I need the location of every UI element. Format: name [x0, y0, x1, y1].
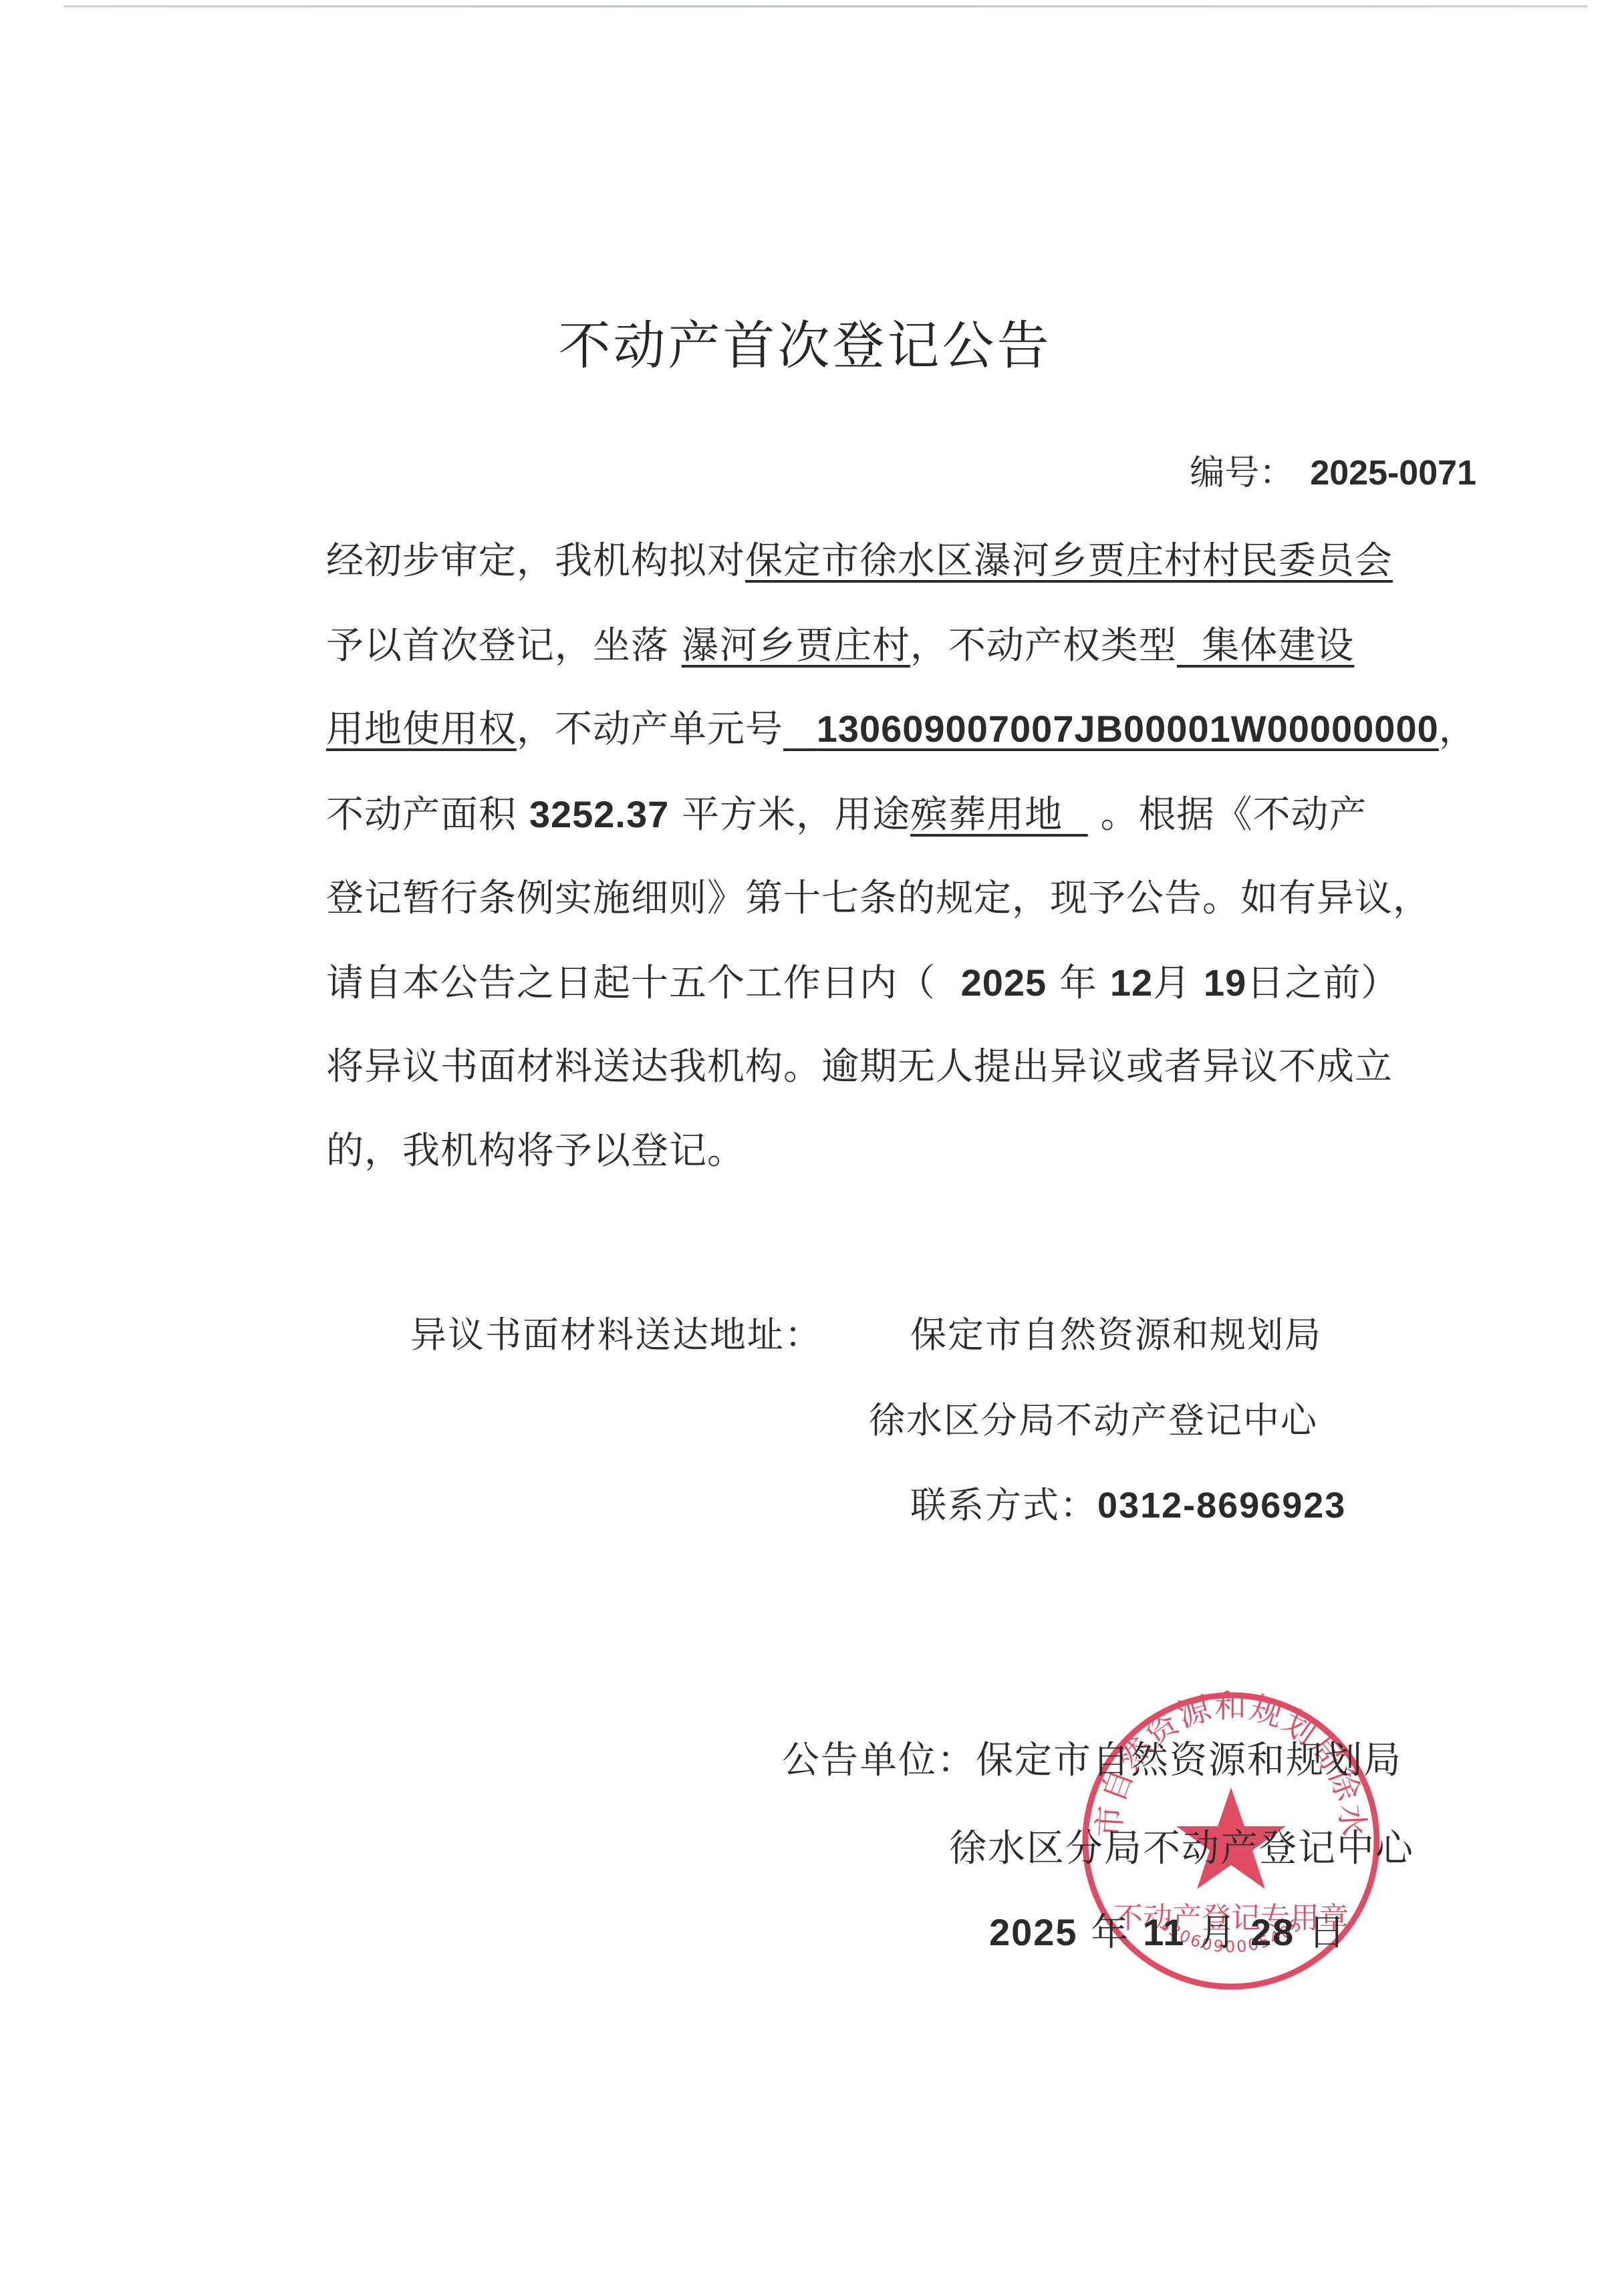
- text: 经初步审定，我机构拟对: [326, 539, 745, 583]
- deadline-month: 12: [1110, 962, 1153, 1004]
- serial-number: 编号：2025-0071: [1190, 444, 1476, 494]
- issuer-line1: 公告单位：保定市自然资源和规划局: [782, 1731, 1402, 1784]
- objection-address-label: 异议书面材料送达地址：: [410, 1306, 822, 1358]
- text: 。根据《不动产: [1100, 793, 1367, 837]
- body-line-6: 请自本公告之日起十五个工作日内（ 2025 年 12月 19日之前）: [326, 954, 1399, 1007]
- body-line-5: 登记暂行条例实施细则》第十七条的规定，现予公告。如有异议，: [326, 869, 1431, 922]
- body-line-1: 经初步审定，我机构拟对保定市徐水区瀑河乡贾庄村村民委员会: [326, 531, 1393, 585]
- deadline-day: 19: [1204, 962, 1246, 1004]
- property-area: 3252.37: [529, 793, 669, 835]
- date-day: 28: [1250, 1911, 1295, 1953]
- serial-value: 2025-0071: [1310, 454, 1476, 492]
- text: 不动产面积: [326, 793, 517, 837]
- text: 日: [1308, 1911, 1347, 1955]
- contact-label: 联系方式：: [910, 1484, 1097, 1526]
- date-year: 2025: [989, 1911, 1078, 1953]
- text: 予以首次登记，坐落: [326, 624, 669, 668]
- deadline-year: 2025: [961, 962, 1047, 1004]
- text: 平方米，用途: [682, 793, 910, 837]
- text: ，: [1439, 708, 1477, 751]
- objection-address-line1: 保定市自然资源和规划局: [910, 1306, 1322, 1358]
- body-line-2: 予以首次登记，坐落 瀑河乡贾庄村，不动产权类型 集体建设: [326, 616, 1354, 670]
- body-line-4: 不动产面积 3252.37 平方米，用途殡葬用地 。根据《不动产: [326, 785, 1367, 839]
- date-month: 11: [1143, 1911, 1185, 1953]
- objection-address-line2: 徐水区分局不动产登记中心: [869, 1392, 1318, 1443]
- text: 月: [1198, 1911, 1237, 1955]
- right-type-part2: 用地使用权: [326, 708, 517, 751]
- right-type-part1: 集体建设: [1177, 624, 1355, 668]
- text: 年: [1091, 1911, 1129, 1955]
- text: ，不动产权类型: [910, 624, 1177, 668]
- text: 130609007007JB00001W00000000: [817, 708, 1439, 750]
- applicant-name: 保定市徐水区瀑河乡贾庄村村民委员会: [745, 539, 1393, 583]
- body-line-3: 用地使用权，不动产单元号 130609007007JB00001W0000000…: [326, 700, 1477, 753]
- text: 年: [1059, 962, 1097, 1005]
- text: 日之前）: [1246, 962, 1399, 1005]
- contact-phone: 0312-8696923: [1097, 1485, 1346, 1526]
- text: ，不动产单元号: [517, 708, 783, 751]
- contact-info: 联系方式：0312-8696923: [910, 1477, 1346, 1528]
- text: 请自本公告之日起十五个工作日内（: [326, 962, 936, 1005]
- issuer-label: 公告单位：: [782, 1739, 976, 1782]
- serial-label: 编号：: [1190, 453, 1294, 493]
- scan-edge-line: [63, 5, 1587, 7]
- issue-date: 2025 年 11 月 28 日: [989, 1903, 1347, 1957]
- text: 月: [1153, 962, 1191, 1005]
- text: 集体建设: [1202, 624, 1354, 668]
- page-title: 不动产首次登记公告: [0, 304, 1610, 379]
- body-line-8: 的，我机构将予以登记。: [326, 1121, 745, 1175]
- issuer-org-line2: 徐水区分局不动产登记中心: [949, 1819, 1414, 1872]
- property-location: 瀑河乡贾庄村: [682, 624, 910, 668]
- unit-number: 130609007007JB00001W00000000: [783, 708, 1439, 750]
- text: 殡葬用地: [910, 793, 1063, 837]
- issuer-org-line1: 保定市自然资源和规划局: [976, 1739, 1402, 1782]
- body-line-7: 将异议书面材料送达我机构。逾期无人提出异议或者异议不成立: [326, 1037, 1393, 1091]
- property-usage: 殡葬用地: [910, 793, 1088, 837]
